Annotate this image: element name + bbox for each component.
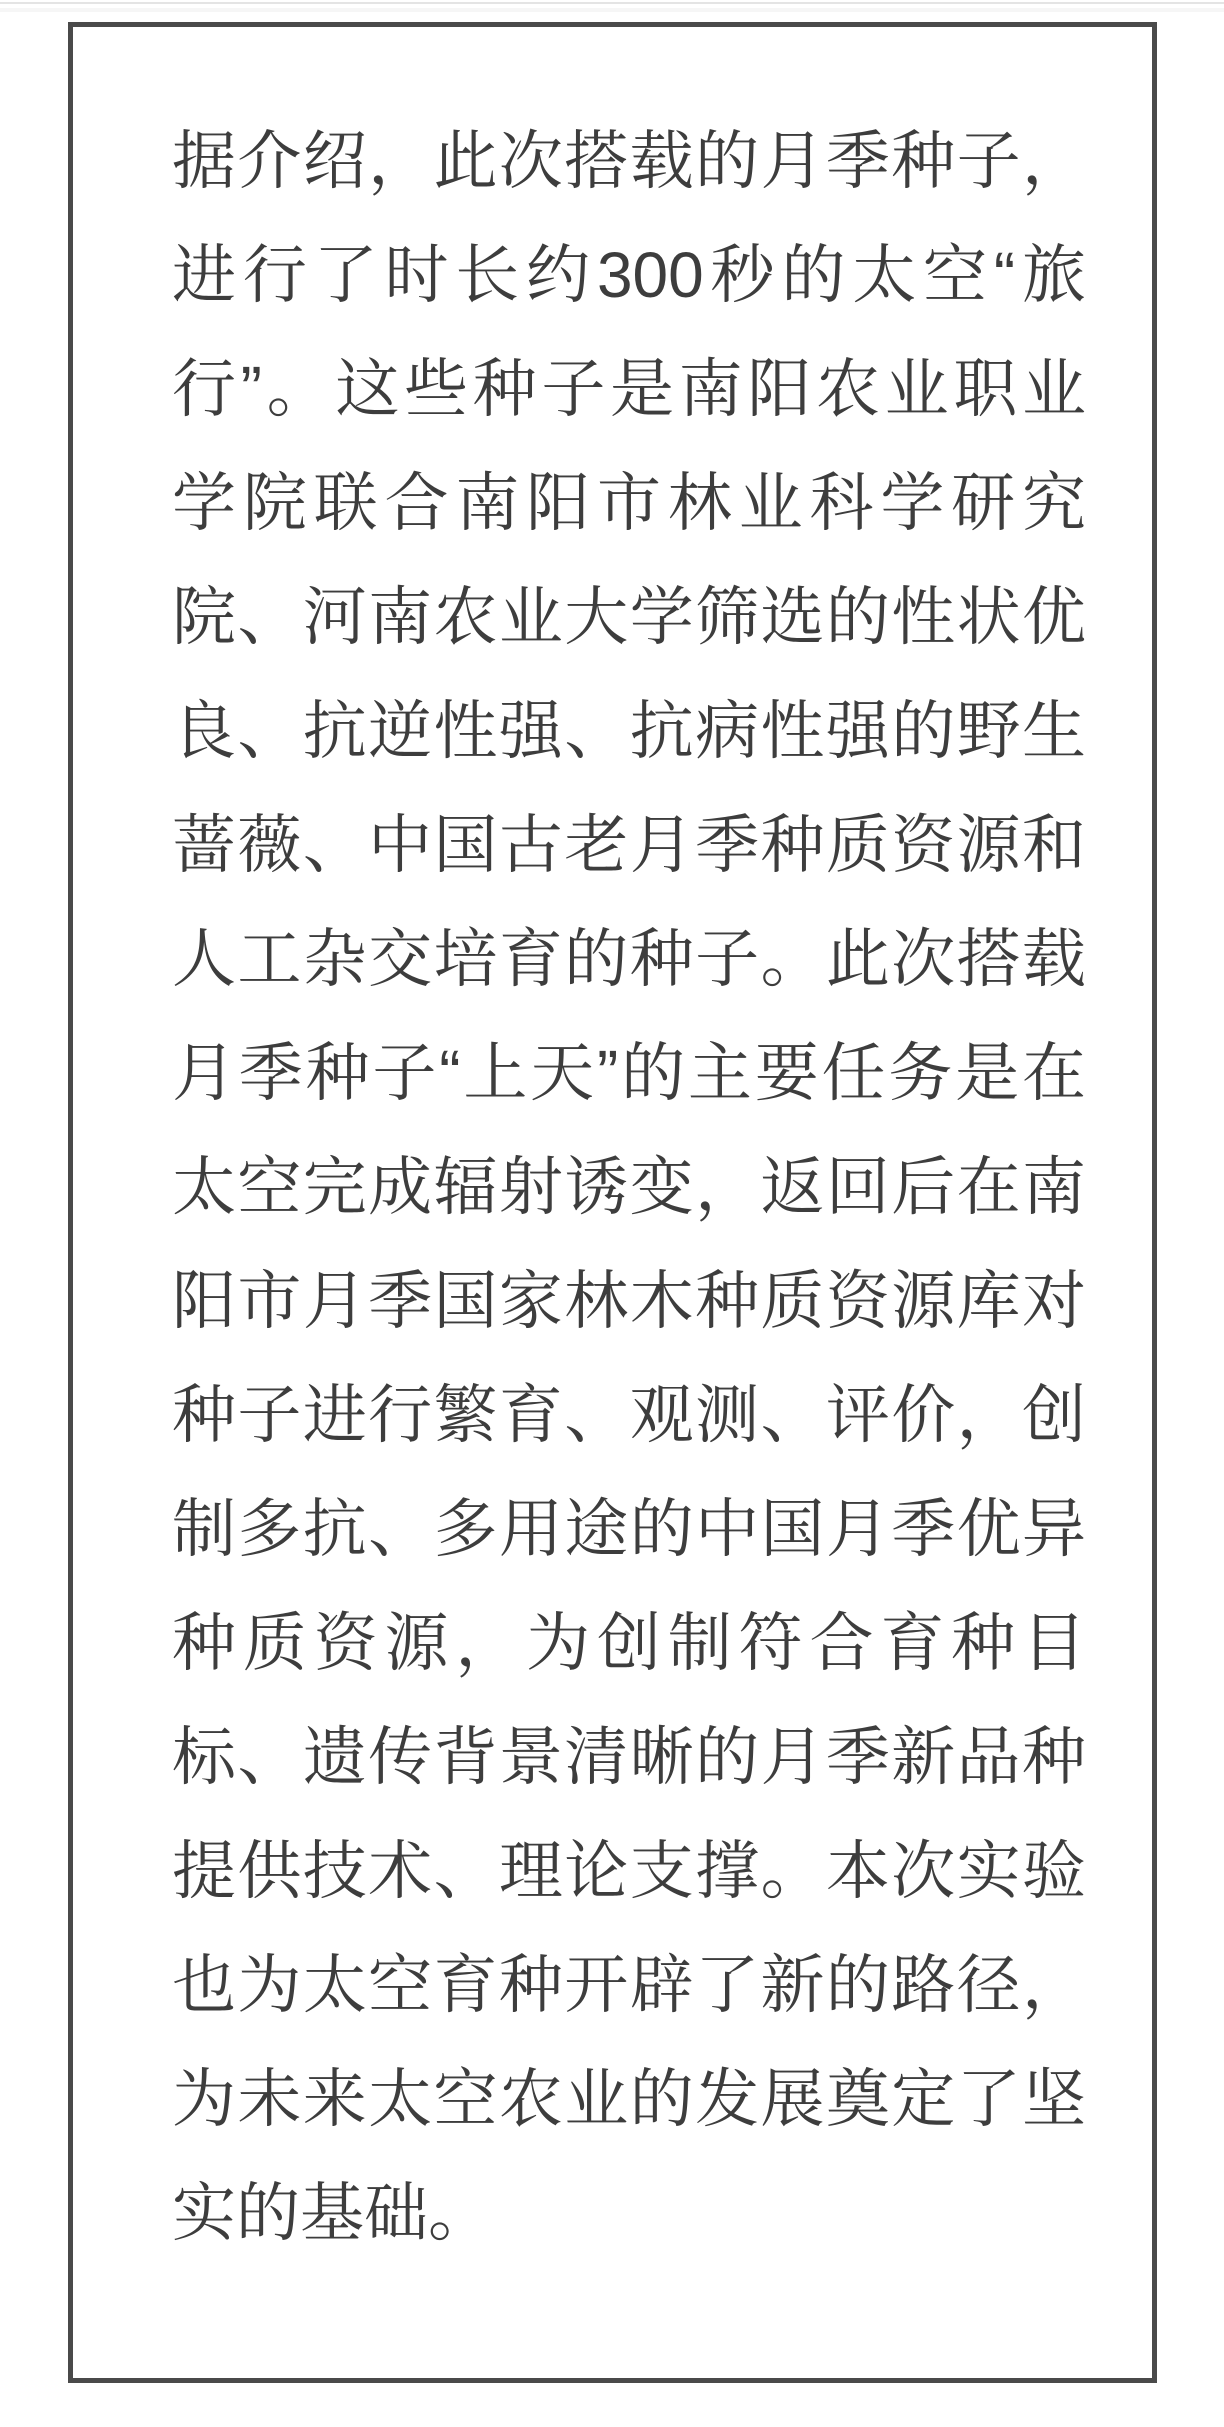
top-divider-line [0, 2, 1224, 4]
text-line: 行”。这些种子是南阳农业职业 [172, 332, 1086, 446]
text-line: 月季种子“上天”的主要任务是在 [172, 1016, 1086, 1130]
text-line: 标、遗传背景清晰的月季新品种 [172, 1700, 1086, 1814]
text-line: 制多抗、多用途的中国月季优异 [172, 1472, 1086, 1586]
text-line: 提供技术、理论支撑。本次实验 [172, 1814, 1086, 1928]
text-line: 也为太空育种开辟了新的路径， [172, 1928, 1086, 2042]
text-line: 种子进行繁育、观测、评价，创 [172, 1358, 1086, 1472]
top-divider-shadow [0, 8, 1224, 12]
text-line: 蔷薇、中国古老月季种质资源和 [172, 788, 1086, 902]
text-line: 进行了时长约300秒的太空“旅 [172, 218, 1086, 332]
text-line: 学院联合南阳市林业科学研究 [172, 446, 1086, 560]
text-line: 为未来太空农业的发展奠定了坚 [172, 2042, 1086, 2156]
text-line: 种质资源，为创制符合育种目 [172, 1586, 1086, 1700]
text-line: 人工杂交培育的种子。此次搭载 [172, 902, 1086, 1016]
text-line: 院、河南农业大学筛选的性状优 [172, 560, 1086, 674]
text-line: 阳市月季国家林木种质资源库对 [172, 1244, 1086, 1358]
text-line: 实的基础。 [172, 2156, 1086, 2270]
text-line: 太空完成辐射诱变，返回后在南 [172, 1130, 1086, 1244]
article-text-block: 据介绍，此次搭载的月季种子，进行了时长约300秒的太空“旅行”。这些种子是南阳农… [172, 104, 1086, 2270]
text-line: 据介绍，此次搭载的月季种子， [172, 104, 1086, 218]
content-frame-border: 据介绍，此次搭载的月季种子，进行了时长约300秒的太空“旅行”。这些种子是南阳农… [68, 22, 1157, 2383]
article-page: 据介绍，此次搭载的月季种子，进行了时长约300秒的太空“旅行”。这些种子是南阳农… [0, 0, 1224, 2427]
text-line: 良、抗逆性强、抗病性强的野生 [172, 674, 1086, 788]
